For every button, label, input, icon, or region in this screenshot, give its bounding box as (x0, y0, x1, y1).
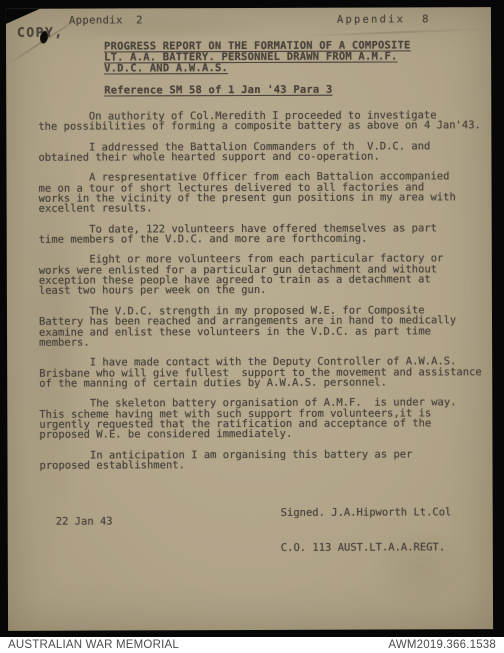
document-title: PROGRESS REPORT ON THE FORMATION OF A CO… (104, 40, 411, 75)
document-page: Appendix 2 Appendix 8 COPY, PROGRESS REP… (6, 7, 493, 631)
signature-line-2: C.O. 113 AUST.LT.A.A.REGT. (281, 542, 452, 554)
paragraph: To date, 122 volunteers have offered the… (39, 223, 482, 245)
title-line-3: V.D.C. AND A.W.A.S. (104, 63, 411, 75)
paragraph: The skeleton battery organisation of A.M… (39, 397, 482, 440)
catalogue-footer: AUSTRALIAN WAR MEMORIAL AWM2019.366.1538 (0, 637, 504, 653)
appendix-label-right: Appendix 8 (337, 13, 431, 25)
appendix-label-left: Appendix 2 (69, 14, 143, 26)
paragraph: Eight or more volunteers from each parti… (39, 254, 482, 297)
institution-name: AUSTRALIAN WAR MEMORIAL (8, 639, 179, 651)
signature-block: Signed. J.A.Hipworth Lt.Col C.O. 113 AUS… (281, 484, 452, 577)
date-line: 22 Jan 43 (56, 515, 113, 527)
ink-blot (39, 30, 49, 44)
paper-crease (301, 28, 486, 37)
paragraph: I have made contact with the Deputy Cont… (39, 356, 482, 389)
paragraph: A respresentative Officer from each Batt… (38, 172, 481, 215)
paragraph: In anticipation I am organising this bat… (39, 449, 482, 471)
signature-line-1: Signed. J.A.Hipworth Lt.Col (281, 507, 452, 519)
scan-background: { "header": { "appendix_left": "Appendix… (0, 0, 504, 653)
reference-line: Reference SM 58 of 1 Jan '43 Para 3 (104, 84, 332, 97)
page-corner-fold (6, 9, 40, 24)
paragraph: The V.D.C. strength in my proposed W.E. … (39, 305, 482, 348)
document-body: On authority of Col.Meredith I proceeded… (38, 110, 482, 481)
accession-number: AWM2019.366.1538 (388, 639, 496, 651)
paragraph: On authority of Col.Meredith I proceeded… (38, 110, 481, 132)
paragraph: I addressed the Battalion Commanders of … (38, 141, 481, 163)
